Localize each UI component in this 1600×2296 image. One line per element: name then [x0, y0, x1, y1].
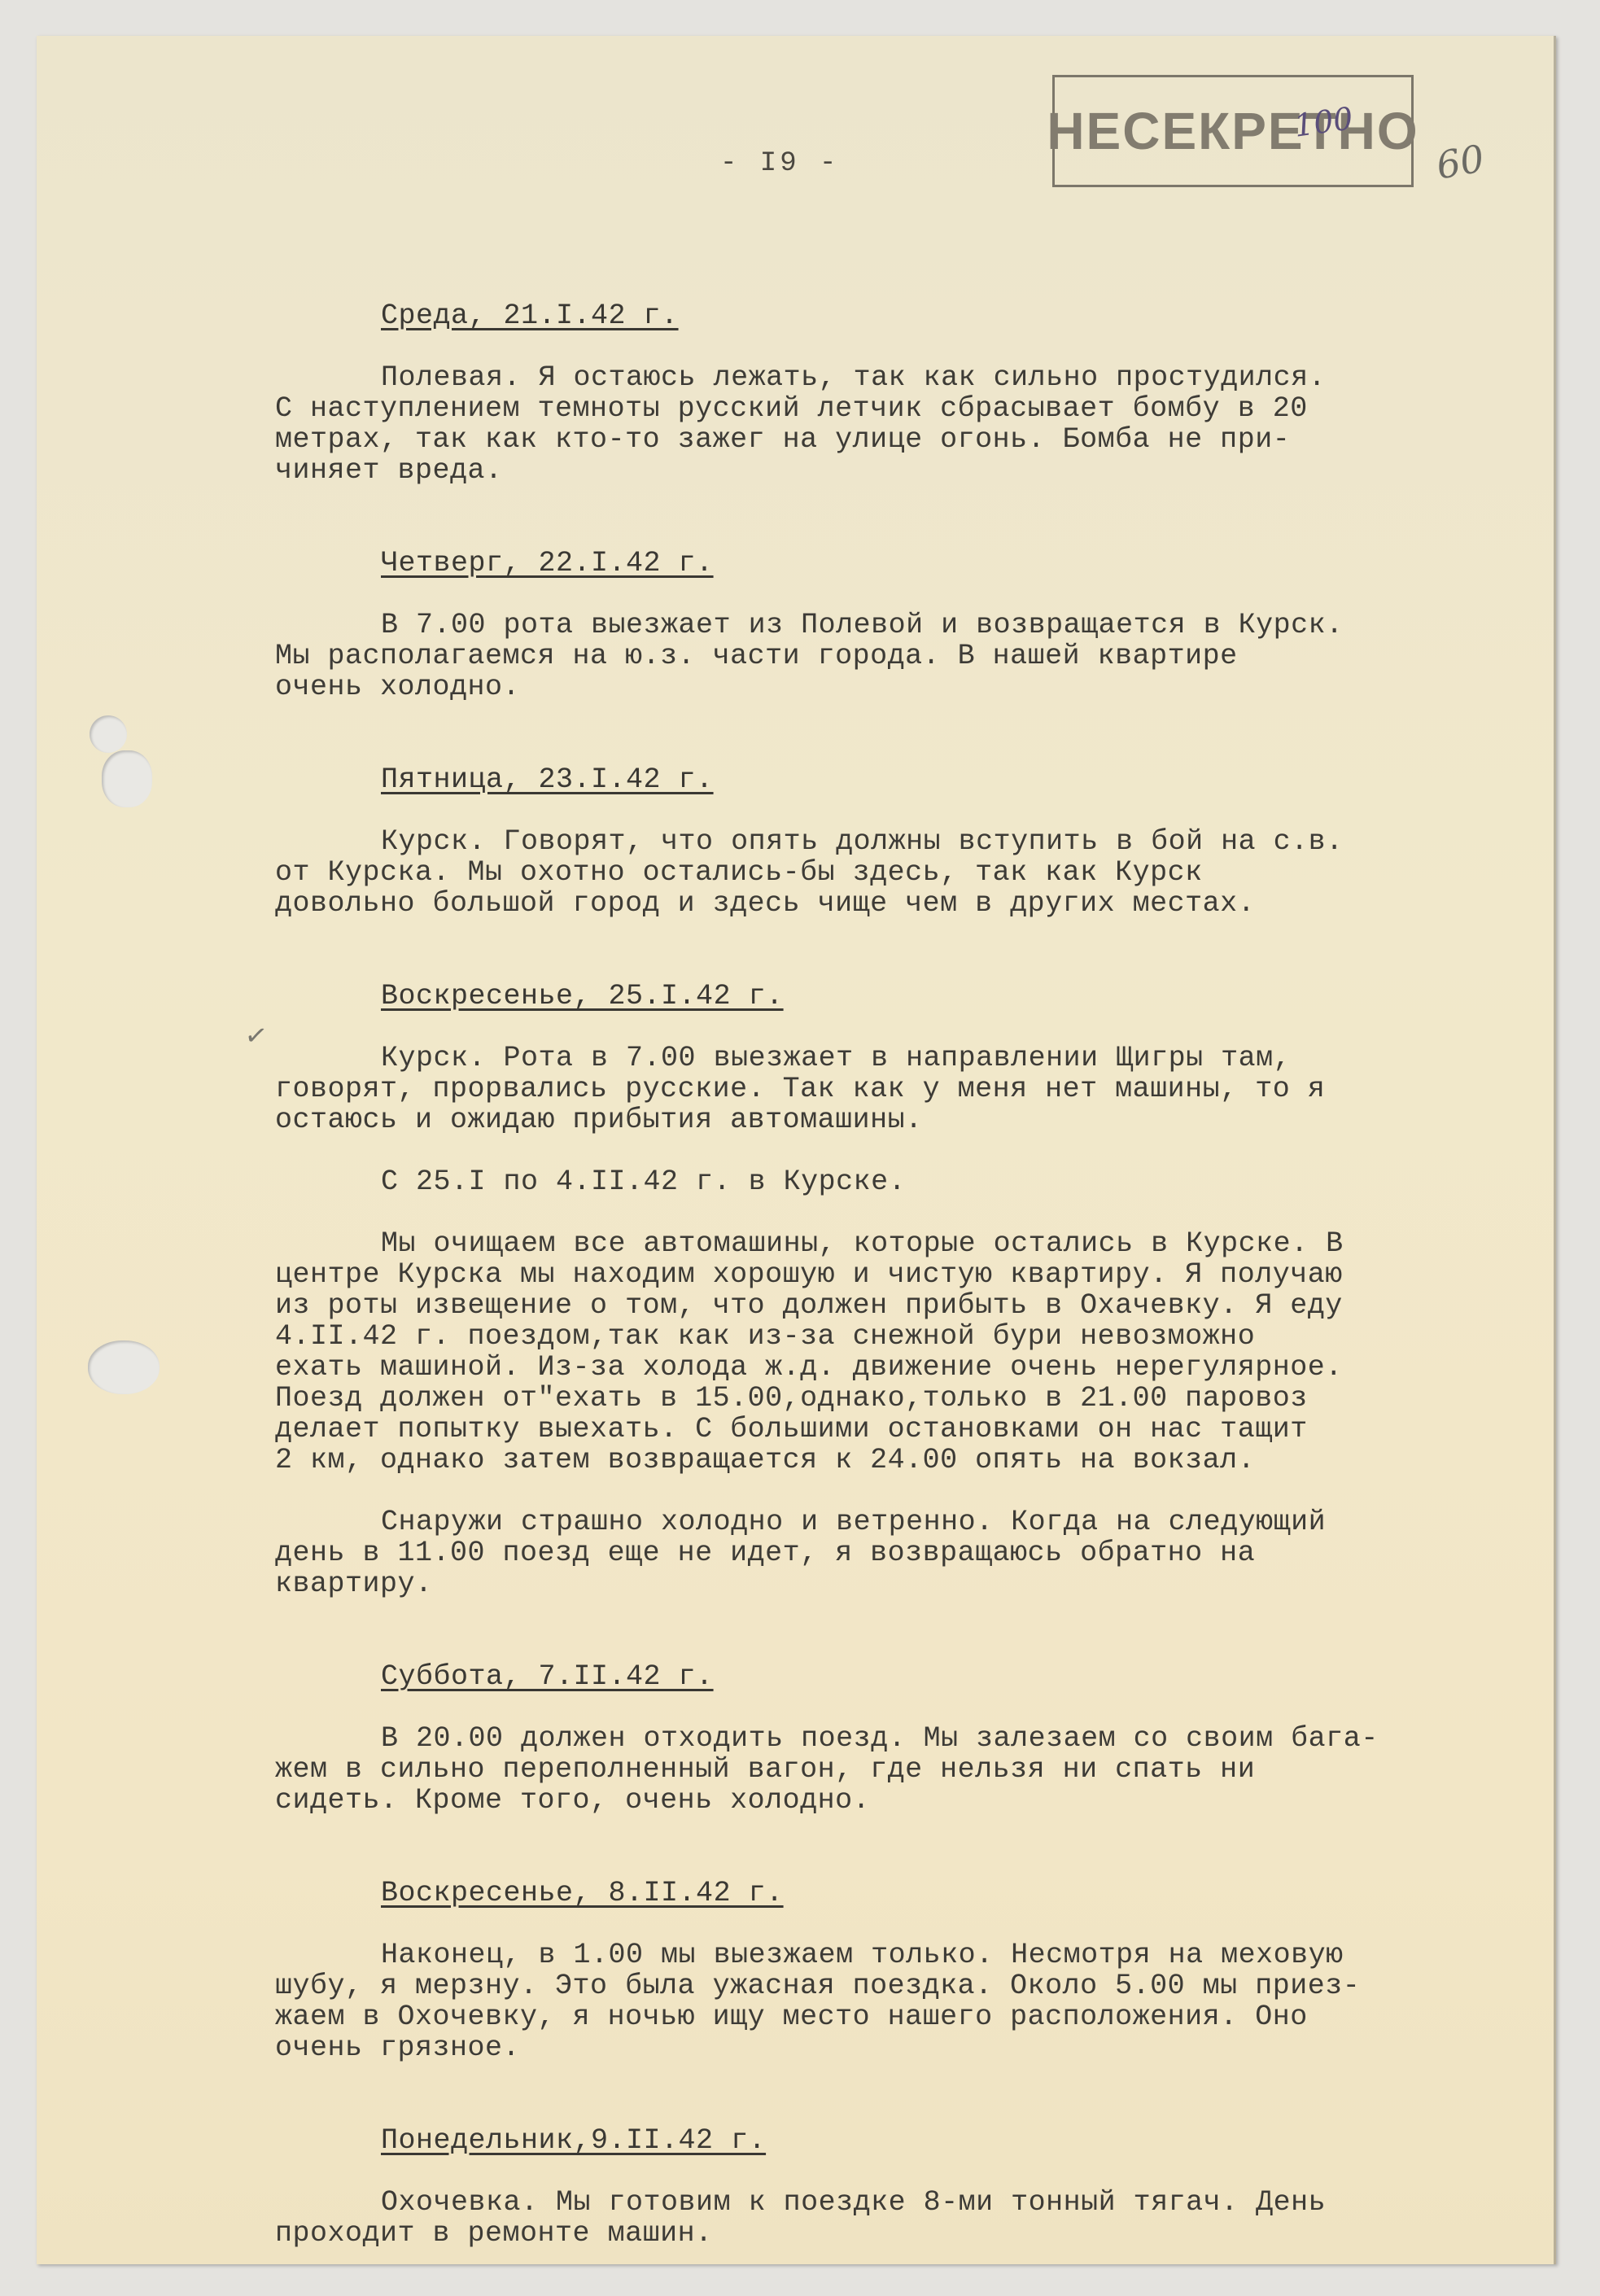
text-line: очень холодно.	[275, 671, 1577, 702]
text-line: В 20.00 должен отходить поезд. Мы залеза…	[275, 1723, 1577, 1754]
text-line: очень грязное.	[275, 2032, 1577, 2063]
entry-paragraph: Охочевка. Мы готовим к поездке 8-ми тонн…	[275, 2187, 1577, 2249]
entry-paragraph: В 7.00 рота выезжает из Полевой и возвра…	[275, 610, 1577, 702]
text-line: жаем в Охочевку, я ночью ищу место нашег…	[275, 2001, 1577, 2032]
text-line: метрах, так как кто-то зажег на улице ог…	[275, 424, 1577, 455]
text-line: чиняет вреда.	[275, 455, 1577, 486]
punch-hole-icon	[88, 1340, 160, 1394]
diary-entry: Пятница, 23.I.42 г.Курск. Говорят, что о…	[275, 733, 1577, 919]
diary-entry: Среда, 21.I.42 г.Полевая. Я остаюсь лежа…	[275, 278, 1577, 486]
punch-hole-icon	[102, 750, 152, 807]
diary-entry: Воскресенье, 8.II.42 г.Наконец, в 1.00 м…	[275, 1847, 1577, 2063]
diary-entry: Воскресенье, 25.I.42 г.Курск. Рота в 7.0…	[275, 950, 1577, 1135]
text-line: делает попытку выехать. С большими остан…	[275, 1414, 1577, 1445]
page-number: - I9 -	[720, 148, 839, 179]
entry-date-heading: Пятница, 23.I.42 г.	[381, 764, 714, 795]
text-line: довольно большой город и здесь чище чем …	[275, 888, 1577, 919]
punch-hole-icon	[90, 715, 127, 753]
text-line: Курск. Рота в 7.00 выезжает в направлени…	[275, 1043, 1577, 1074]
text-line: Курск. Говорят, что опять должны вступит…	[275, 826, 1577, 857]
document-page: НЕСЕКРЕТНО 100 60 - I9 - ✓ Среда, 21.I.4…	[37, 36, 1556, 2264]
diary-entry: Понедельник,9.II.42 г.Охочевка. Мы готов…	[275, 2094, 1577, 2249]
text-line: из роты извещение о том, что должен приб…	[275, 1290, 1577, 1321]
document-body: Среда, 21.I.42 г.Полевая. Я остаюсь лежа…	[275, 278, 1577, 2280]
text-line: проходит в ремонте машин.	[275, 2218, 1577, 2249]
entry-paragraph: Курск. Рота в 7.00 выезжает в направлени…	[275, 1043, 1577, 1135]
text-line: квартиру.	[275, 1568, 1577, 1599]
text-line: от Курска. Мы охотно остались-бы здесь, …	[275, 857, 1577, 888]
text-line: Поезд должен от"ехать в 15.00,однако,тол…	[275, 1383, 1577, 1414]
diary-entry: С 25.I по 4.II.42 г. в Курске.Мы очищаем…	[275, 1166, 1577, 1599]
text-line: ехать машиной. Из-за холода ж.д. движени…	[275, 1352, 1577, 1383]
text-line: Мы очищаем все автомашины, которые остал…	[275, 1228, 1577, 1259]
text-line: 2 км, однако затем возвращается к 24.00 …	[275, 1445, 1577, 1476]
text-line: день в 11.00 поезд еще не идет, я возвра…	[275, 1537, 1577, 1568]
entry-paragraph: Наконец, в 1.00 мы выезжаем только. Несм…	[275, 1940, 1577, 2063]
entry-paragraph: В 20.00 должен отходить поезд. Мы залеза…	[275, 1723, 1577, 1816]
checkmark-icon: ✓	[244, 1016, 268, 1056]
entry-date-heading: Среда, 21.I.42 г.	[381, 300, 679, 331]
entry-paragraph: Снаружи страшно холодно и ветренно. Когд…	[275, 1507, 1577, 1599]
text-line: центре Курска мы находим хорошую и чисту…	[275, 1259, 1577, 1290]
entry-date-heading: Воскресенье, 25.I.42 г.	[381, 981, 784, 1012]
text-line: сидеть. Кроме того, очень холодно.	[275, 1785, 1577, 1816]
text-line: говорят, прорвались русские. Так как у м…	[275, 1074, 1577, 1104]
text-line: шубу, я мерзну. Это была ужасная поездка…	[275, 1970, 1577, 2001]
entry-paragraph: Курск. Говорят, что опять должны вступит…	[275, 826, 1577, 919]
text-line: 4.II.42 г. поездом,так как из-за снежной…	[275, 1321, 1577, 1352]
text-line: жем в сильно переполненный вагон, где не…	[275, 1754, 1577, 1785]
text-line: В 7.00 рота выезжает из Полевой и возвра…	[275, 610, 1577, 641]
text-line: Снаружи страшно холодно и ветренно. Когд…	[275, 1507, 1577, 1537]
stamp-text: НЕСЕКРЕТНО	[1047, 101, 1419, 161]
entry-paragraph: Мы очищаем все автомашины, которые остал…	[275, 1228, 1577, 1476]
handwritten-folio-number-bottom: 60	[1433, 136, 1488, 187]
declassified-stamp: НЕСЕКРЕТНО	[1052, 75, 1414, 187]
text-line: Охочевка. Мы готовим к поездке 8-ми тонн…	[275, 2187, 1577, 2218]
entry-period-subheading: С 25.I по 4.II.42 г. в Курске.	[381, 1166, 1577, 1197]
entry-date-heading: Четверг, 22.I.42 г.	[381, 548, 714, 579]
text-line: С наступлением темноты русский летчик сб…	[275, 393, 1577, 424]
diary-entry: Четверг, 22.I.42 г.В 7.00 рота выезжает …	[275, 517, 1577, 702]
text-line: Полевая. Я остаюсь лежать, так как сильн…	[275, 362, 1577, 393]
entry-date-heading: Воскресенье, 8.II.42 г.	[381, 1878, 784, 1909]
entry-date-heading: Суббота, 7.II.42 г.	[381, 1661, 714, 1692]
diary-entry: Суббота, 7.II.42 г.В 20.00 должен отходи…	[275, 1630, 1577, 1816]
entry-date-heading: Понедельник,9.II.42 г.	[381, 2125, 766, 2156]
text-line: Наконец, в 1.00 мы выезжаем только. Несм…	[275, 1940, 1577, 1970]
text-line: Мы располагаемся на ю.з. части города. В…	[275, 641, 1577, 671]
text-line: остаюсь и ожидаю прибытия автомашины.	[275, 1104, 1577, 1135]
entry-paragraph: Полевая. Я остаюсь лежать, так как сильн…	[275, 362, 1577, 486]
